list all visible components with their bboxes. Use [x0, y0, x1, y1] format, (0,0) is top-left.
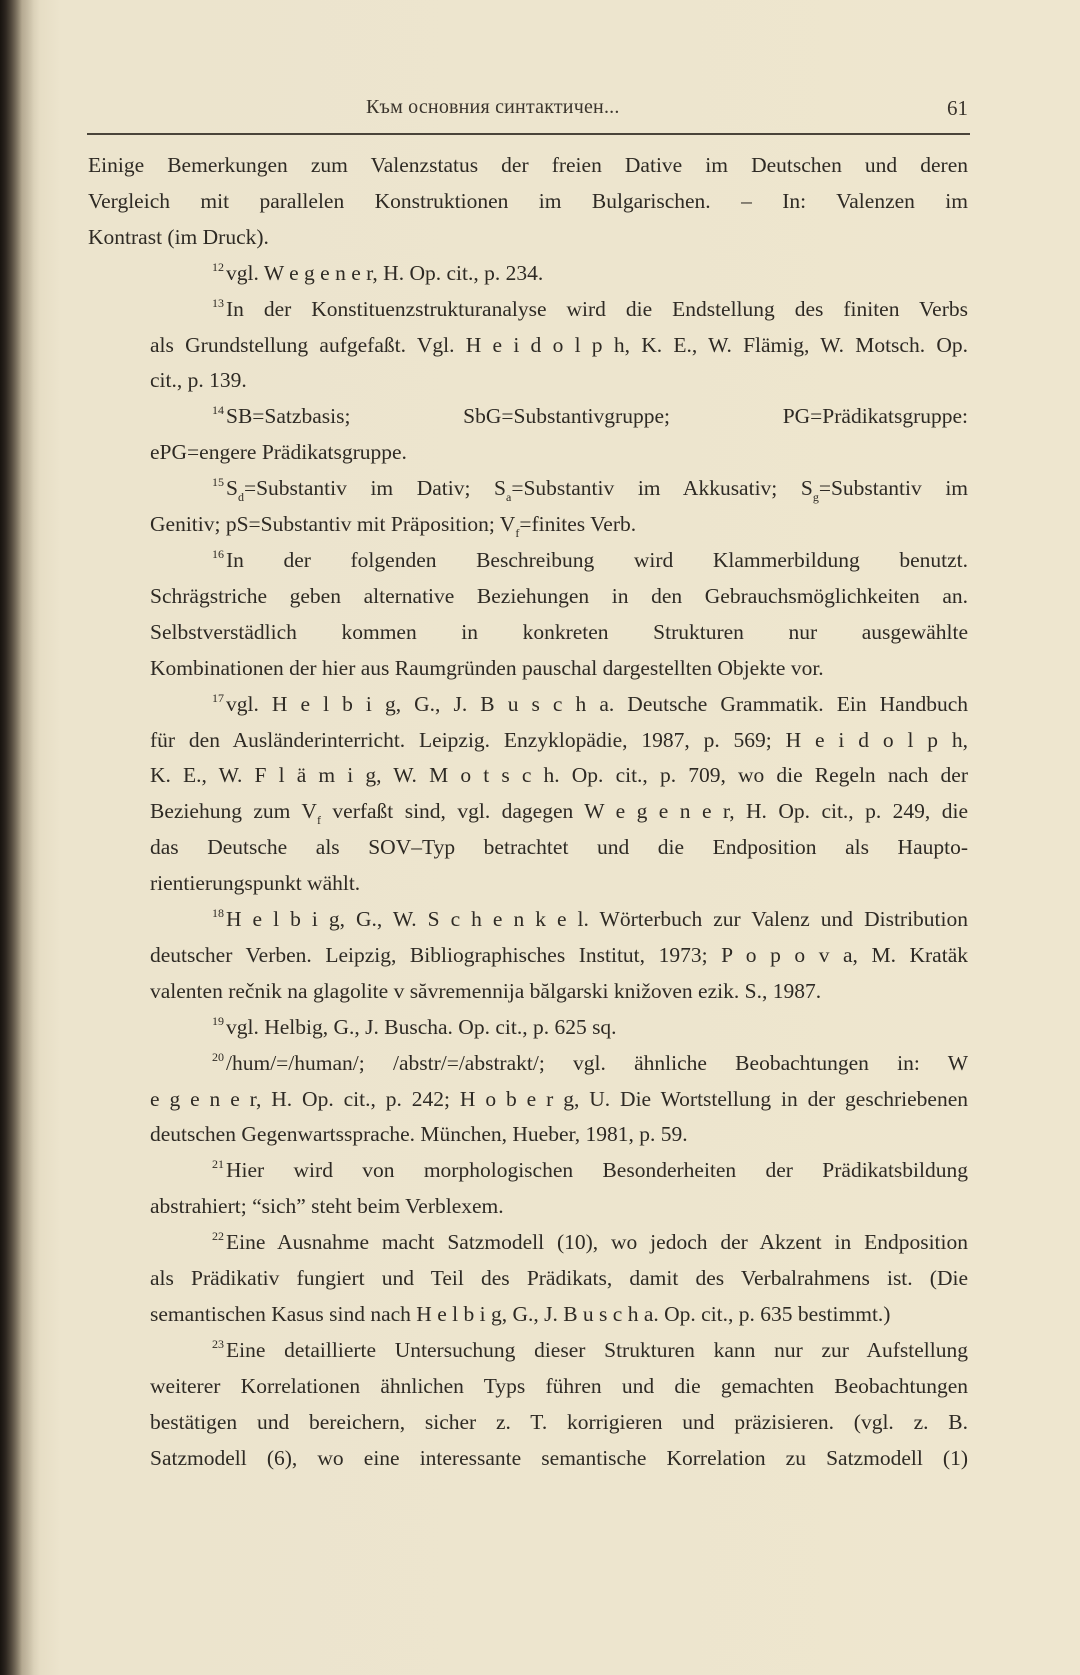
- footnote-marker: 16: [212, 547, 224, 561]
- book-page: Към основния синтактичен... 61 Einige Be…: [0, 0, 1080, 1675]
- footnote-text: =Substantiv im: [819, 476, 968, 500]
- footnote-text: In der Konstituenzstrukturanalyse wird d…: [226, 297, 968, 321]
- text-line: das Deutsche als SOV–Typ betrachtet und …: [88, 830, 968, 866]
- header-rule: [87, 133, 970, 135]
- footnote-text: vgl. Helbig, G., J. Buscha. Op. cit., p.…: [226, 1015, 617, 1039]
- text-line: e g e n e r, H. Op. cit., p. 242; H o b …: [88, 1082, 968, 1118]
- running-title: Към основния синтактичен...: [366, 96, 620, 119]
- footnote-17: 17vgl. H e l b i g, G., J. B u s c h a. …: [88, 687, 968, 902]
- symbol-s: S: [494, 476, 506, 500]
- text-line: 19vgl. Helbig, G., J. Buscha. Op. cit., …: [88, 1010, 968, 1046]
- symbol-s: S: [226, 476, 238, 500]
- text-line: 23Eine detaillierte Untersuchung dieser …: [88, 1333, 968, 1369]
- text-line: 17vgl. H e l b i g, G., J. B u s c h a. …: [88, 687, 968, 723]
- footnote-marker: 19: [212, 1014, 224, 1028]
- text-line: Vergleich mit parallelen Konstruktionen …: [88, 184, 968, 220]
- text-line: für den Ausländerinterricht. Leipzig. En…: [88, 723, 968, 759]
- text-line: valenten rečnik na glagolite v săvremenn…: [88, 974, 968, 1010]
- footnote-text: Beziehung zum V: [150, 799, 317, 823]
- text-line: Kontrast (im Druck).: [88, 220, 968, 256]
- text-line: 16In der folgenden Beschreibung wird Kla…: [88, 543, 968, 579]
- footnote-12: 12vgl. W e g e n e r, H. Op. cit., p. 23…: [88, 256, 968, 292]
- text-line: abstrahiert; “sich” steht beim Verblexem…: [88, 1189, 968, 1225]
- text-line: Beziehung zum Vf verfaßt sind, vgl. dage…: [88, 794, 968, 830]
- footnote-text: H e l b i g, G., W. S c h e n k e l. Wör…: [226, 907, 968, 931]
- footnote-text: =Substantiv im Akkusativ;: [511, 476, 801, 500]
- text-line: 22Eine Ausnahme macht Satzmodell (10), w…: [88, 1225, 968, 1261]
- text-line: als Grundstellung aufgefaßt. Vgl. H e i …: [88, 328, 968, 364]
- footnote-text: Hier wird von morphologischen Besonderhe…: [226, 1158, 968, 1182]
- symbol-s: S: [801, 476, 813, 500]
- book-spine-shadow: [0, 0, 40, 1675]
- footnote-16: 16In der folgenden Beschreibung wird Kla…: [88, 543, 968, 687]
- footnote-18: 18H e l b i g, G., W. S c h e n k e l. W…: [88, 902, 968, 1010]
- footnote-22: 22Eine Ausnahme macht Satzmodell (10), w…: [88, 1225, 968, 1333]
- text-line: 13In der Konstituenzstrukturanalyse wird…: [88, 292, 968, 328]
- footnote-text: SB=Satzbasis; SbG=Substantivgruppe; PG=P…: [226, 404, 968, 428]
- text-line: bestätigen und bereichern, sicher z. T. …: [88, 1405, 968, 1441]
- footnote-19: 19vgl. Helbig, G., J. Buscha. Op. cit., …: [88, 1010, 968, 1046]
- footnote-text: verfaßt sind, vgl. dagegen W e g e n e r…: [321, 799, 968, 823]
- text-line: rientierungspunkt wählt.: [88, 866, 968, 902]
- text-line: K. E., W. F l ä m i g, W. M o t s c h. O…: [88, 758, 968, 794]
- text-line: deutscher Verben. Leipzig, Bibliographis…: [88, 938, 968, 974]
- footnote-text: Eine Ausnahme macht Satzmodell (10), wo …: [226, 1230, 968, 1254]
- footnote-21: 21Hier wird von morphologischen Besonder…: [88, 1153, 968, 1225]
- footnote-text: vgl. W e g e n e r, H. Op. cit., p. 234.: [226, 261, 543, 285]
- text-line: Schrägstriche geben alternative Beziehun…: [88, 579, 968, 615]
- footnote-14: 14SB=Satzbasis; SbG=Substantivgruppe; PG…: [88, 399, 968, 471]
- text-line: 12vgl. W e g e n e r, H. Op. cit., p. 23…: [88, 256, 968, 292]
- text-line: Satzmodell (6), wo eine interessante sem…: [88, 1441, 968, 1477]
- footnote-text: Eine detaillierte Untersuchung dieser St…: [226, 1338, 968, 1362]
- footnote-marker: 15: [212, 475, 224, 489]
- text-line: Selbstverstädlich kommen in konkreten St…: [88, 615, 968, 651]
- text-line: Kombinationen der hier aus Raumgründen p…: [88, 651, 968, 687]
- text-line: weiterer Korrelationen ähnlichen Typs fü…: [88, 1369, 968, 1405]
- footnote-marker: 22: [212, 1229, 224, 1243]
- footnote-marker: 20: [212, 1050, 224, 1064]
- text-line: semantischen Kasus sind nach H e l b i g…: [88, 1297, 968, 1333]
- text-line: 15Sd=Substantiv im Dativ; Sa=Substantiv …: [88, 471, 968, 507]
- text-line: ePG=engere Prädikatsgruppe.: [88, 435, 968, 471]
- footnotes-section: Einige Bemerkungen zum Valenzstatus der …: [88, 148, 968, 1477]
- page-number: 61: [947, 96, 968, 121]
- footnote-marker: 18: [212, 906, 224, 920]
- text-line: cit., p. 139.: [88, 363, 968, 399]
- footnote-marker: 21: [212, 1157, 224, 1171]
- text-line: als Prädikativ fungiert und Teil des Prä…: [88, 1261, 968, 1297]
- text-line: 18H e l b i g, G., W. S c h e n k e l. W…: [88, 902, 968, 938]
- footnote-15: 15Sd=Substantiv im Dativ; Sa=Substantiv …: [88, 471, 968, 543]
- footnote-marker: 13: [212, 296, 224, 310]
- text-line: Genitiv; pS=Substantiv mit Präposition; …: [88, 507, 968, 543]
- footnote-text: =finites Verb.: [519, 512, 636, 536]
- text-line: 20/hum/=/human/; /abstr/=/abstrakt/; vgl…: [88, 1046, 968, 1082]
- footnote-13: 13In der Konstituenzstrukturanalyse wird…: [88, 292, 968, 400]
- text-line: Einige Bemerkungen zum Valenzstatus der …: [88, 148, 968, 184]
- footnote-marker: 12: [212, 260, 224, 274]
- footnote-marker: 17: [212, 691, 224, 705]
- text-line: 21Hier wird von morphologischen Besonder…: [88, 1153, 968, 1189]
- footnote-continuation: Einige Bemerkungen zum Valenzstatus der …: [88, 148, 968, 256]
- footnote-text: =Substantiv im Dativ;: [244, 476, 494, 500]
- text-line: 14SB=Satzbasis; SbG=Substantivgruppe; PG…: [88, 399, 968, 435]
- footnote-text: /hum/=/human/; /abstr/=/abstrakt/; vgl. …: [226, 1051, 968, 1075]
- footnote-text: vgl. H e l b i g, G., J. B u s c h a. De…: [226, 692, 968, 716]
- footnote-23: 23Eine detaillierte Untersuchung dieser …: [88, 1333, 968, 1477]
- running-header: Към основния синтактичен... 61: [88, 96, 968, 122]
- footnote-marker: 23: [212, 1337, 224, 1351]
- text-line: deutschen Gegenwartssprache. München, Hu…: [88, 1117, 968, 1153]
- footnote-text: In der folgenden Beschreibung wird Klamm…: [226, 548, 968, 572]
- footnote-marker: 14: [212, 403, 224, 417]
- footnote-text: Genitiv; pS=Substantiv mit Präposition; …: [150, 512, 515, 536]
- footnote-20: 20/hum/=/human/; /abstr/=/abstrakt/; vgl…: [88, 1046, 968, 1154]
